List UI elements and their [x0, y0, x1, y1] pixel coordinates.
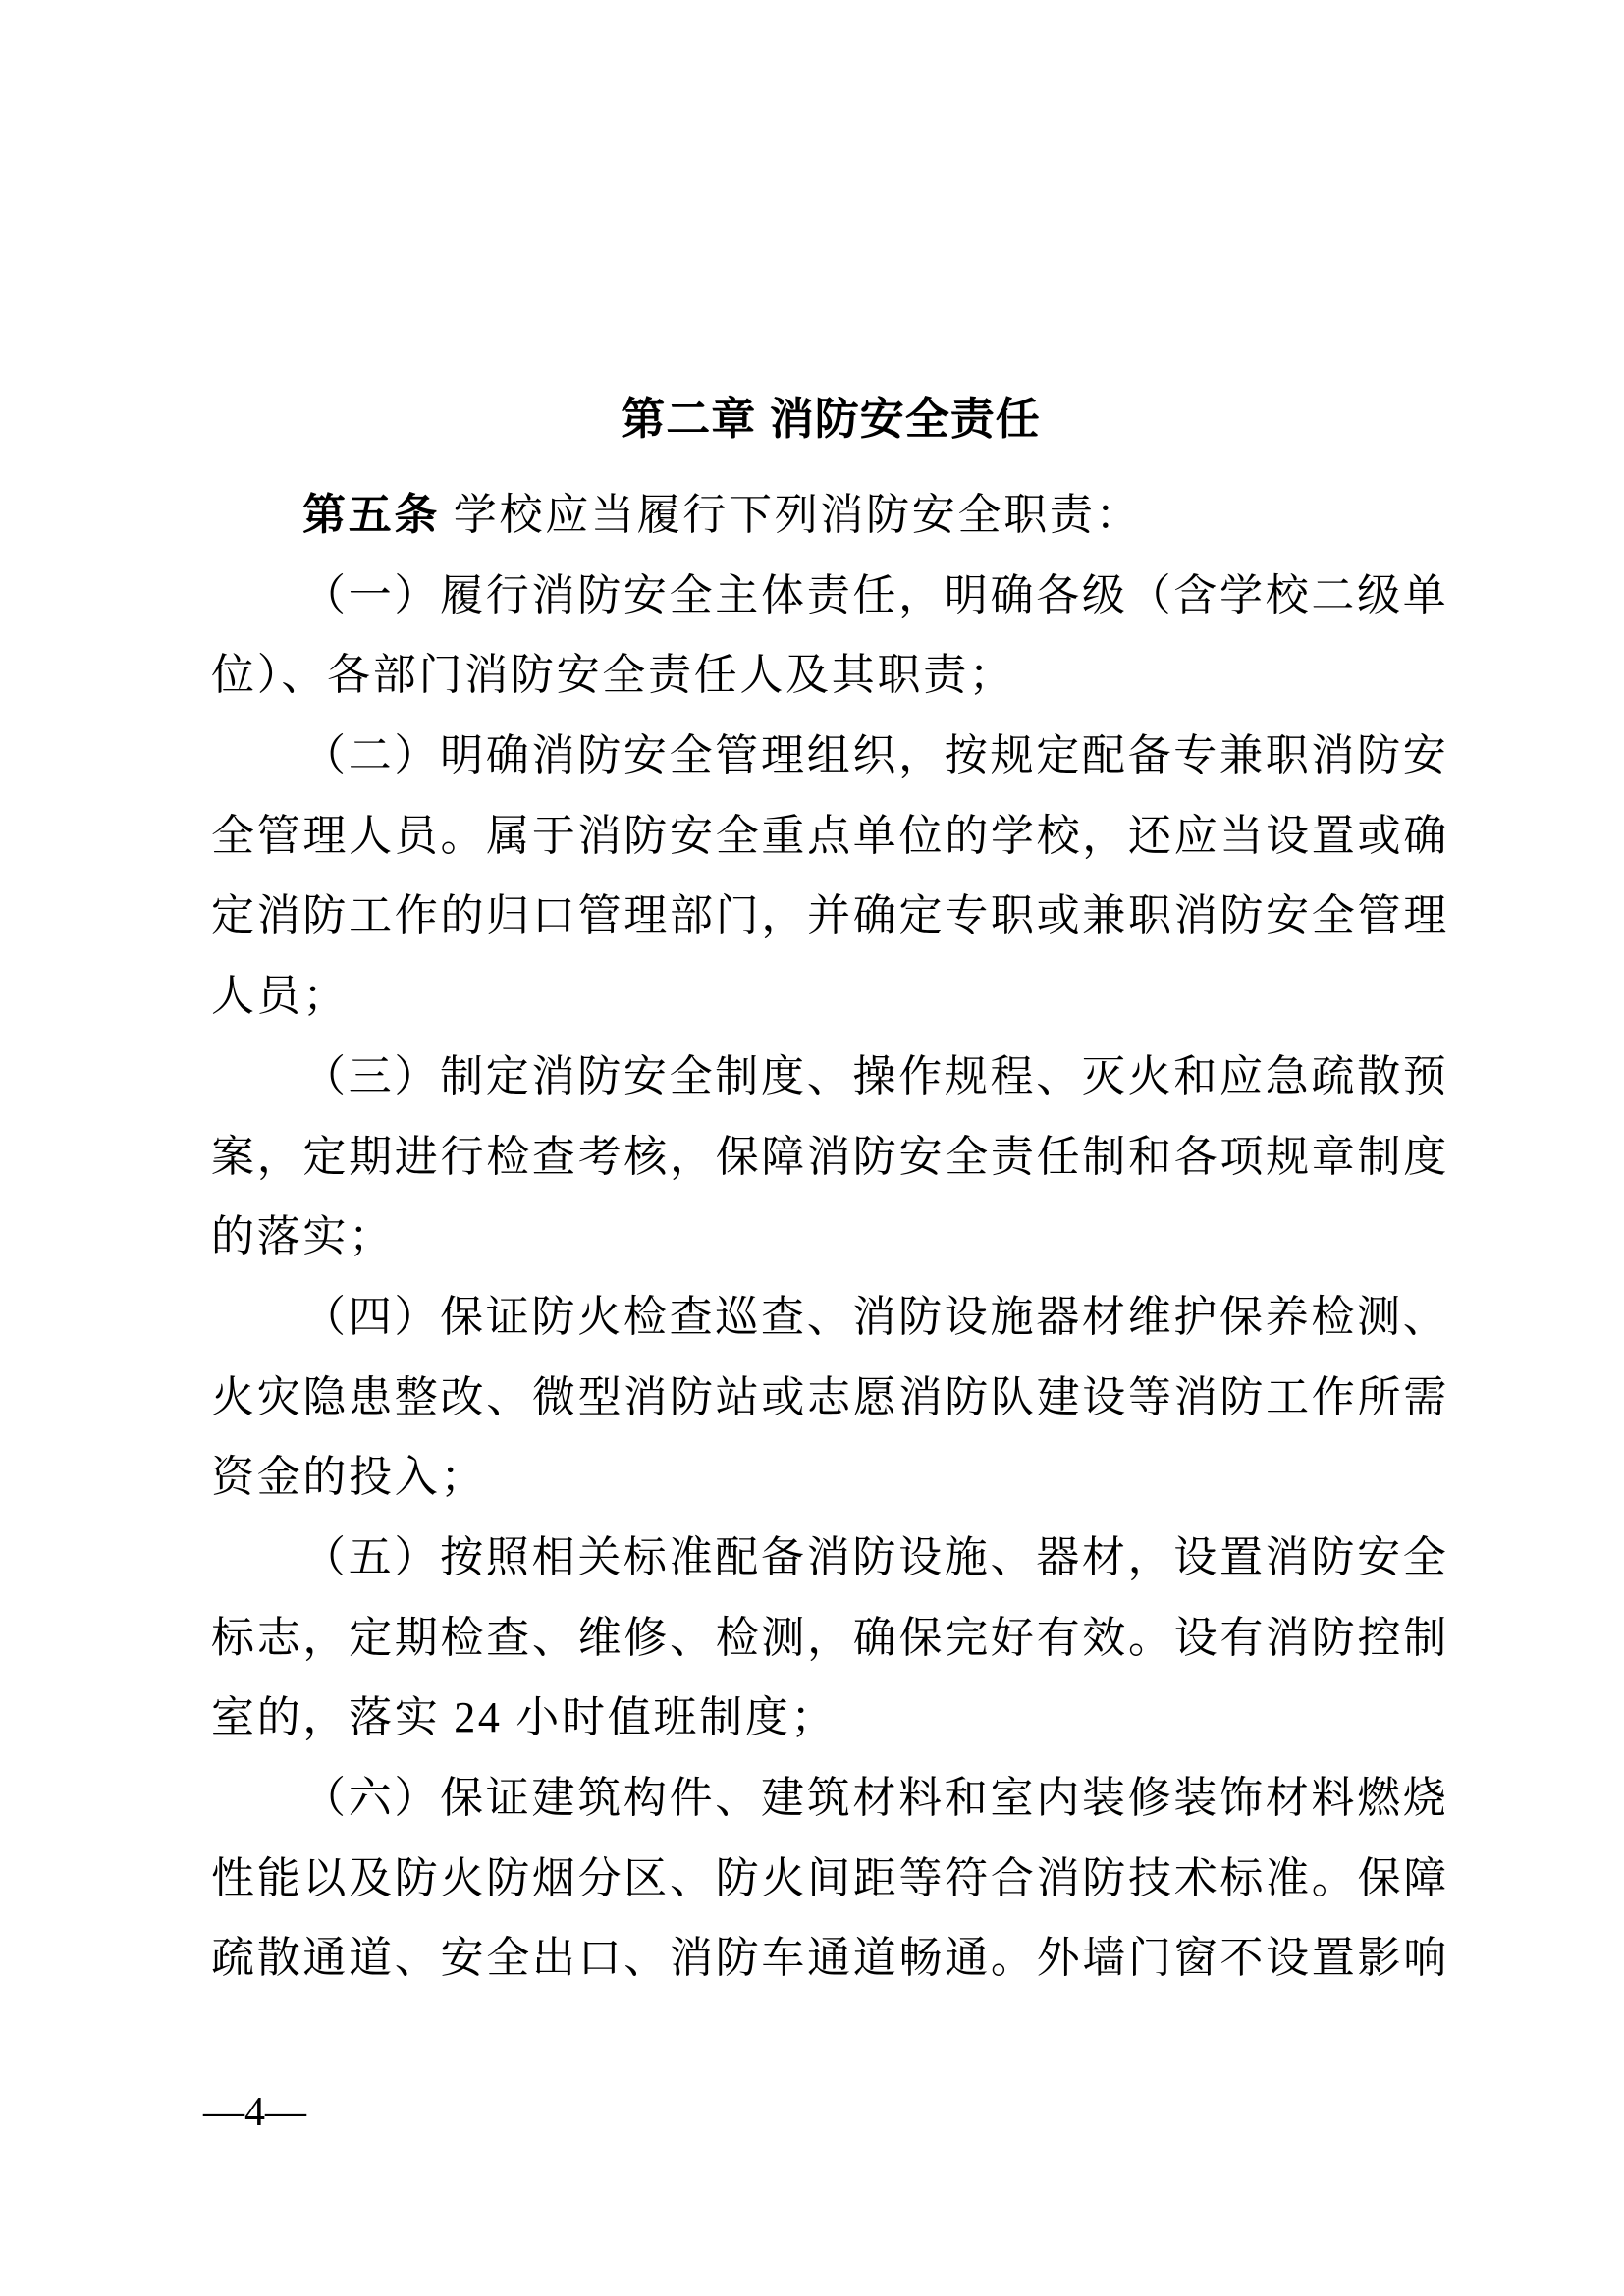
text-line: 第五条 学校应当履行下列消防安全职责：: [211, 475, 1450, 556]
text-line: 案，定期进行检查考核，保障消防安全责任制和各项规章制度: [211, 1117, 1450, 1198]
text-line: （一）履行消防安全主体责任，明确各级（含学校二级单: [211, 556, 1450, 636]
text-line: （三）制定消防安全制度、操作规程、灭火和应急疏散预: [211, 1037, 1450, 1117]
text-line: 位）、各部门消防安全责任人及其职责；: [211, 635, 1450, 716]
page-number: —4—: [203, 2072, 306, 2153]
text-line: （二）明确消防安全管理组织，按规定配备专兼职消防安: [211, 716, 1450, 796]
text-line: 人员；: [211, 956, 1450, 1037]
text-line: （六）保证建筑构件、建筑材料和室内装修装饰材料燃烧: [211, 1758, 1450, 1839]
text-line: 室的，落实 24 小时值班制度；: [211, 1678, 1450, 1758]
article-number-lead: 第五条: [302, 491, 440, 539]
chapter-heading: 第二章 消防安全责任: [211, 379, 1450, 459]
text-line: 的落实；: [211, 1197, 1450, 1277]
text-line: （五）按照相关标准配备消防设施、器材，设置消防安全: [211, 1518, 1450, 1598]
text-line: 资金的投入；: [211, 1437, 1450, 1518]
text-line: 火灾隐患整改、微型消防站或志愿消防队建设等消防工作所需: [211, 1358, 1450, 1438]
text-line: 标志，定期检查、维修、检测，确保完好有效。设有消防控制: [211, 1598, 1450, 1679]
text-line: 性能以及防火防烟分区、防火间距等符合消防技术标准。保障: [211, 1839, 1450, 1919]
text-line: 疏散通道、安全出口、消防车通道畅通。外墙门窗不设置影响: [211, 1918, 1450, 1999]
text-line: 全管理人员。属于消防安全重点单位的学校，还应当设置或确: [211, 796, 1450, 877]
document-body: 第五条 学校应当履行下列消防安全职责：（一）履行消防安全主体责任，明确各级（含学…: [211, 475, 1450, 1999]
text-line: 定消防工作的归口管理部门，并确定专职或兼职消防安全管理: [211, 876, 1450, 956]
text-line: （四）保证防火检查巡查、消防设施器材维护保养检测、: [211, 1277, 1450, 1358]
document-page: 第二章 消防安全责任 第五条 学校应当履行下列消防安全职责：（一）履行消防安全主…: [0, 0, 1624, 2296]
